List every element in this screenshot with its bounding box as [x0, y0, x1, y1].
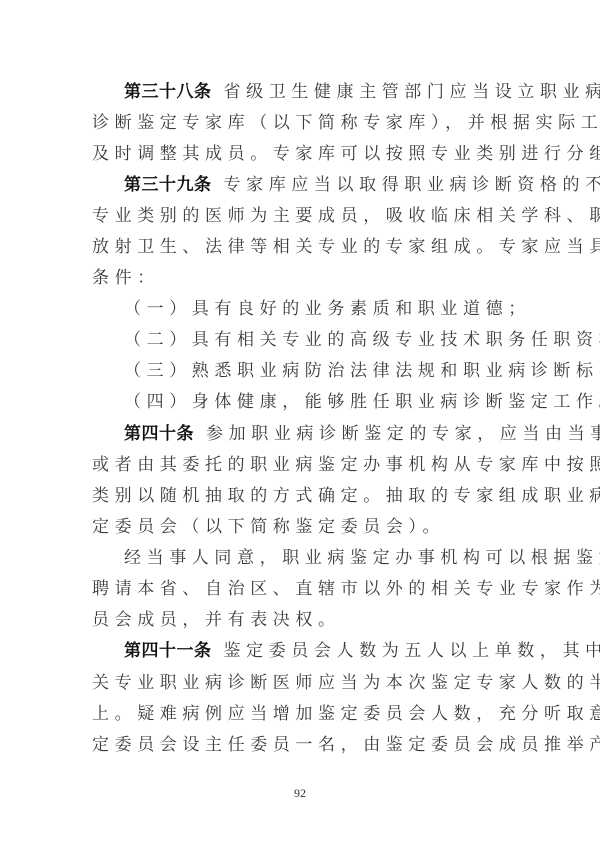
article-39-line-4: 条件： — [92, 266, 510, 290]
article-text: 鉴定委员会人数为五人以上单数，其中相 — [224, 641, 600, 661]
article-38-heading: 第三十八条 — [124, 82, 212, 102]
article-39-line-1: 第三十九条专家库应当以取得职业病诊断资格的不同 — [124, 173, 510, 197]
article-39-line-2: 专业类别的医师为主要成员，吸收临床相关学科、职业卫生、 — [92, 204, 510, 228]
article-41-line-4: 定委员会设主任委员一名，由鉴定委员会成员推举产生。 — [92, 733, 510, 757]
page-number: 92 — [0, 786, 600, 801]
article-39-item-2: （二）具有相关专业的高级专业技术职务任职资格； — [124, 328, 510, 352]
article-39-item-4: （四）身体健康，能够胜任职业病诊断鉴定工作。 — [124, 390, 510, 414]
article-40-heading: 第四十条 — [124, 424, 194, 444]
article-40-line-4: 定委员会（以下简称鉴定委员会）。 — [92, 515, 510, 539]
article-41-heading: 第四十一条 — [124, 641, 212, 661]
article-38-line-1: 第三十八条省级卫生健康主管部门应当设立职业病 — [124, 80, 510, 104]
document-page: 第三十八条省级卫生健康主管部门应当设立职业病 诊断鉴定专家库（以下简称专家库），… — [0, 0, 600, 848]
article-40-para2-line-3: 员会成员，并有表决权。 — [92, 608, 510, 632]
article-40-para2-line-2: 聘请本省、自治区、直辖市以外的相关专业专家作为鉴定委 — [92, 577, 510, 601]
article-39-line-3: 放射卫生、法律等相关专业的专家组成。专家应当具备下列 — [92, 235, 510, 259]
article-39-item-3: （三）熟悉职业病防治法律法规和职业病诊断标准； — [124, 359, 510, 383]
article-41-line-3: 上。疑难病例应当增加鉴定委员会人数，充分听取意见。鉴 — [92, 702, 510, 726]
article-41-line-2: 关专业职业病诊断医师应当为本次鉴定专家人数的半数以 — [92, 671, 510, 695]
article-40-para2-line-1: 经当事人同意，职业病鉴定办事机构可以根据鉴定需要 — [124, 546, 510, 570]
article-39-item-1: （一）具有良好的业务素质和职业道德； — [124, 297, 510, 321]
article-text: 省级卫生健康主管部门应当设立职业病 — [224, 82, 600, 102]
article-39-heading: 第三十九条 — [124, 175, 212, 195]
article-38-line-3: 及时调整其成员。专家库可以按照专业类别进行分组。 — [92, 142, 510, 166]
article-40-line-1: 第四十条参加职业病诊断鉴定的专家，应当由当事人 — [124, 422, 510, 446]
article-40-line-2: 或者由其委托的职业病鉴定办事机构从专家库中按照专业 — [92, 453, 510, 477]
article-text: 参加职业病诊断鉴定的专家，应当由当事人 — [206, 424, 600, 444]
article-38-line-2: 诊断鉴定专家库（以下简称专家库），并根据实际工作需要 — [92, 111, 510, 135]
article-40-line-3: 类别以随机抽取的方式确定。抽取的专家组成职业病诊断鉴 — [92, 484, 510, 508]
article-text: 专家库应当以取得职业病诊断资格的不同 — [224, 175, 600, 195]
article-41-line-1: 第四十一条鉴定委员会人数为五人以上单数，其中相 — [124, 639, 510, 663]
